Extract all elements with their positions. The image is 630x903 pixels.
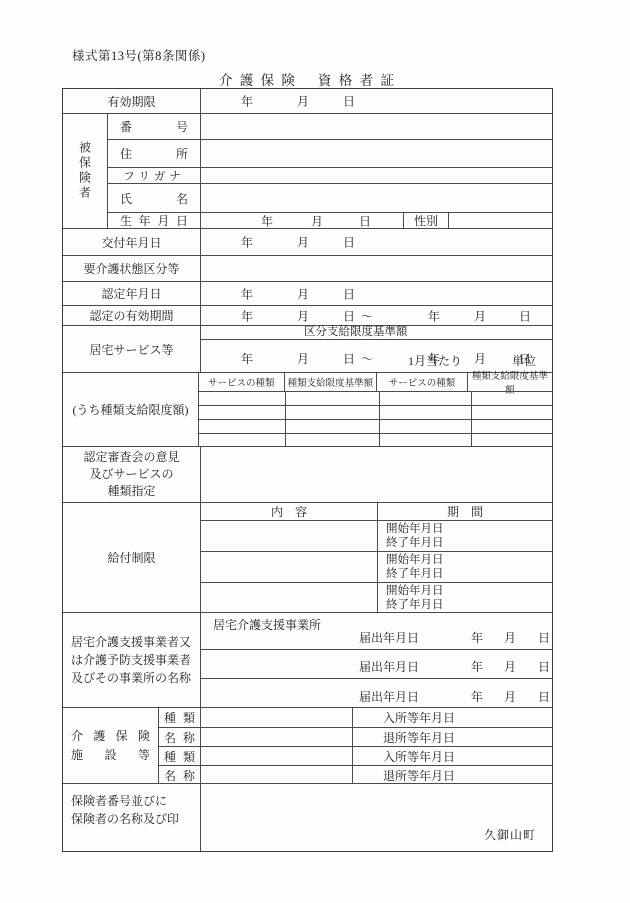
benefit-header-row: 内 容 期 間 (201, 503, 552, 520)
facility-value-cell (201, 747, 353, 765)
limit-header-cell: 区分支給限度基準額 (201, 326, 552, 339)
insurer-label-line: 保険者番号並びに (71, 792, 167, 810)
row-insured-number: 番 号 (108, 114, 552, 139)
support-provider-label-line: は介護予防支援事業者 (71, 651, 191, 669)
cert-period-label: 認定の有効期間 (63, 306, 201, 325)
facility-type-label: 種 類 (159, 748, 200, 765)
col-service-header: サービスの種類 (377, 373, 468, 391)
month-label: 月 (297, 234, 309, 251)
limit-header: 区分支給限度基準額 (304, 326, 408, 339)
sex-label: 性別 (404, 213, 449, 228)
committee-label: 認定審査会の意見 及びサービスの 種類指定 (63, 447, 201, 502)
end-date-label: 終了年月日 (386, 536, 552, 550)
period-cell: 開始年月日 終了年月日 (378, 552, 552, 582)
month-label: 月 (474, 307, 486, 324)
col-amount-header: 種類支給限度基準額 (285, 373, 378, 391)
certificate-table: 有効期限 年 月 日 被保険者 番 号 住 所 フリガナ 氏 名 (62, 88, 553, 852)
day-label: 日 (538, 688, 550, 705)
row-insured-address: 住 所 (108, 139, 552, 167)
section-insurer: 保険者番号並びに 保険者の名称及び印 久御山町 (63, 783, 552, 851)
validity-value-cell: 年 月 日 (201, 89, 552, 113)
facility-date-label: 退所等年月日 (353, 728, 552, 746)
month-label: 月 (474, 350, 486, 367)
row-insured-name: 氏 名 (108, 183, 552, 212)
col-amount-header: 種類支給限度基準額 (468, 373, 552, 391)
insured-label: 被保険者 (63, 114, 108, 228)
provider-row: 居宅介護支援事業所 届出年月日 年 月 日 (201, 613, 552, 649)
year-label: 年 (428, 307, 440, 324)
month-label: 月 (504, 658, 516, 675)
birth-value-cell: 年 月 日 (201, 213, 404, 228)
month-label: 月 (504, 688, 516, 705)
care-level-value-cell (201, 256, 552, 281)
committee-value-cell (201, 447, 552, 502)
support-provider-label-line: 居宅介護支援事業者又 (71, 633, 191, 651)
notify-date-label: 届出年月日 (359, 629, 419, 646)
facility-row: 種 類 入所等年月日 (159, 708, 552, 727)
notify-date-label: 届出年月日 (359, 658, 419, 675)
tilde-mark: ～ (361, 350, 373, 367)
day-label: 日 (343, 93, 355, 110)
facility-date-label: 入所等年月日 (353, 708, 552, 727)
page-title: 介 護 保 険 資 格 者 証 (62, 69, 553, 89)
type-limit-empty-row (199, 405, 552, 419)
number-label: 番 号 (108, 118, 200, 135)
type-limit-empty-row (199, 419, 552, 433)
start-date-label: 開始年月日 (386, 522, 552, 536)
content-cell (201, 521, 378, 551)
facility-value-cell (201, 728, 353, 746)
row-insured-furigana: フリガナ (108, 167, 552, 183)
cert-date-value-cell: 年 月 日 (201, 282, 552, 305)
committee-label-line: 認定審査会の意見 (83, 449, 179, 466)
facility-label-line: 介 護 保 険 (71, 727, 150, 746)
row-insured-birth: 生 年 月 日 年 月 日 性別 (108, 212, 552, 228)
section-home-service: 居宅サービス等 区分支給限度基準額 年 月 日 ～ 年 月 日 1月当たり 単位 (63, 325, 552, 372)
per-month-label: 1月当たり (408, 352, 462, 369)
year-label: 年 (241, 93, 253, 110)
type-limit-empty-row (199, 391, 552, 405)
col-service-header: サービスの種類 (199, 373, 285, 391)
address-value-cell (201, 140, 552, 167)
notify-date-label: 届出年月日 (359, 688, 419, 705)
unit-label: 単位 (512, 352, 536, 369)
insurer-label: 保険者番号並びに 保険者の名称及び印 (63, 784, 201, 851)
month-label: 月 (297, 307, 309, 324)
cert-period-value-cell: 年 月 日 ～ 年 月 日 (201, 306, 552, 325)
content-header: 内 容 (201, 503, 378, 520)
office-label: 居宅介護支援事業所 (213, 616, 321, 633)
benefit-row: 開始年月日 終了年月日 (201, 551, 552, 582)
facility-label-line: 施 設 等 (71, 746, 150, 765)
issue-date-label: 交付年月日 (63, 229, 201, 255)
facility-label: 介 護 保 険 施 設 等 (63, 708, 159, 783)
address-label: 住 所 (108, 145, 200, 162)
year-label: 年 (471, 629, 483, 646)
support-provider-label: 居宅介護支援事業者又 は介護予防支援事業者 及びその事業所の名称 (63, 613, 201, 707)
facility-value-cell (201, 766, 353, 784)
facility-type-label: 名 称 (159, 729, 200, 746)
end-date-label: 終了年月日 (386, 567, 552, 581)
month-label: 月 (297, 93, 309, 110)
row-issue-date: 交付年月日 年 月 日 (63, 228, 552, 255)
number-value-cell (201, 114, 552, 139)
year-label: 年 (241, 350, 253, 367)
facility-row: 種 類 入所等年月日 (159, 746, 552, 765)
home-service-label: 居宅サービス等 (63, 326, 201, 372)
row-validity: 有効期限 年 月 日 (63, 89, 552, 113)
end-date-label: 終了年月日 (386, 598, 552, 612)
facility-type-label: 種 類 (159, 709, 200, 726)
cert-date-label: 認定年月日 (63, 282, 201, 305)
day-label: 日 (343, 285, 355, 302)
year-label: 年 (241, 307, 253, 324)
sex-value-cell (449, 213, 552, 228)
year-label: 年 (471, 688, 483, 705)
day-label: 日 (343, 350, 355, 367)
insured-label-text: 被保険者 (77, 141, 94, 201)
day-label: 日 (343, 234, 355, 251)
row-cert-date: 認定年月日 年 月 日 (63, 281, 552, 305)
form-number: 様式第13号(第8条関係) (72, 46, 206, 64)
row-cert-period: 認定の有効期間 年 月 日 ～ 年 月 日 (63, 305, 552, 325)
furigana-label: フリガナ (108, 168, 201, 183)
section-insured: 被保険者 番 号 住 所 フリガナ 氏 名 生 年 月 日 年 (63, 113, 552, 228)
benefit-row: 開始年月日 終了年月日 (201, 582, 552, 613)
support-provider-label-line: 及びその事業所の名称 (71, 669, 191, 687)
benefit-restriction-label: 給付制限 (63, 503, 201, 612)
content-cell (201, 552, 378, 582)
period-header: 期 間 (378, 503, 552, 520)
care-level-label: 要介護状態区分等 (63, 256, 201, 281)
year-label: 年 (241, 234, 253, 251)
name-label: 氏 名 (108, 190, 200, 207)
benefit-row: 開始年月日 終了年月日 (201, 520, 552, 551)
year-label: 年 (471, 658, 483, 675)
year-label: 年 (261, 212, 273, 229)
month-label: 月 (297, 350, 309, 367)
row-care-level: 要介護状態区分等 (63, 255, 552, 281)
facility-type-label: 名 称 (159, 767, 200, 784)
facility-date-label: 入所等年月日 (353, 747, 552, 765)
type-limit-label: (うち種類支給限度額) (63, 373, 199, 446)
facility-date-label: 退所等年月日 (353, 766, 552, 784)
facility-row: 名 称 退所等年月日 (159, 727, 552, 746)
day-label: 日 (538, 629, 550, 646)
type-limit-header-row: サービスの種類 種類支給限度基準額 サービスの種類 種類支給限度基準額 (199, 373, 552, 391)
year-label: 年 (241, 285, 253, 302)
section-benefit-restriction: 給付制限 内 容 期 間 開始年月日 終了年月日 開始年月日 終了年月日 (63, 502, 552, 612)
provider-row: 届出年月日 年 月 日 (201, 649, 552, 678)
start-date-label: 開始年月日 (386, 584, 552, 598)
committee-label-line: 種類指定 (107, 483, 155, 500)
birth-label: 生 年 月 日 (108, 212, 200, 229)
section-type-limit: (うち種類支給限度額) サービスの種類 種類支給限度基準額 サービスの種類 種類… (63, 372, 552, 446)
insurer-value-cell: 久御山町 (201, 784, 552, 851)
day-label: 日 (538, 658, 550, 675)
name-value-cell (201, 184, 552, 212)
furigana-value-cell (201, 168, 552, 183)
period-cell: 開始年月日 終了年月日 (378, 521, 552, 551)
insurer-name: 久御山町 (484, 826, 536, 843)
period-cell: 開始年月日 終了年月日 (378, 583, 552, 613)
day-label: 日 (343, 307, 355, 324)
provider-row: 届出年月日 年 月 日 (201, 678, 552, 708)
month-label: 月 (311, 212, 323, 229)
section-facility: 介 護 保 険 施 設 等 種 類 入所等年月日 名 称 退所等年月日 種 類 … (63, 707, 552, 783)
start-date-label: 開始年月日 (386, 553, 552, 567)
content-cell (201, 583, 378, 613)
month-label: 月 (297, 285, 309, 302)
insurer-label-line: 保険者の名称及び印 (71, 810, 179, 828)
section-support-provider: 居宅介護支援事業者又 は介護予防支援事業者 及びその事業所の名称 居宅介護支援事… (63, 612, 552, 707)
issue-date-value-cell: 年 月 日 (201, 229, 552, 255)
day-label: 日 (519, 307, 531, 324)
validity-label: 有効期限 (63, 89, 201, 113)
tilde-mark: ～ (361, 307, 373, 324)
facility-value-cell (201, 708, 353, 727)
committee-label-line: 及びサービスの (89, 466, 173, 483)
facility-row: 名 称 退所等年月日 (159, 765, 552, 784)
day-label: 日 (359, 212, 371, 229)
section-committee: 認定審査会の意見 及びサービスの 種類指定 (63, 446, 552, 502)
month-label: 月 (504, 629, 516, 646)
type-limit-empty-row (199, 433, 552, 447)
